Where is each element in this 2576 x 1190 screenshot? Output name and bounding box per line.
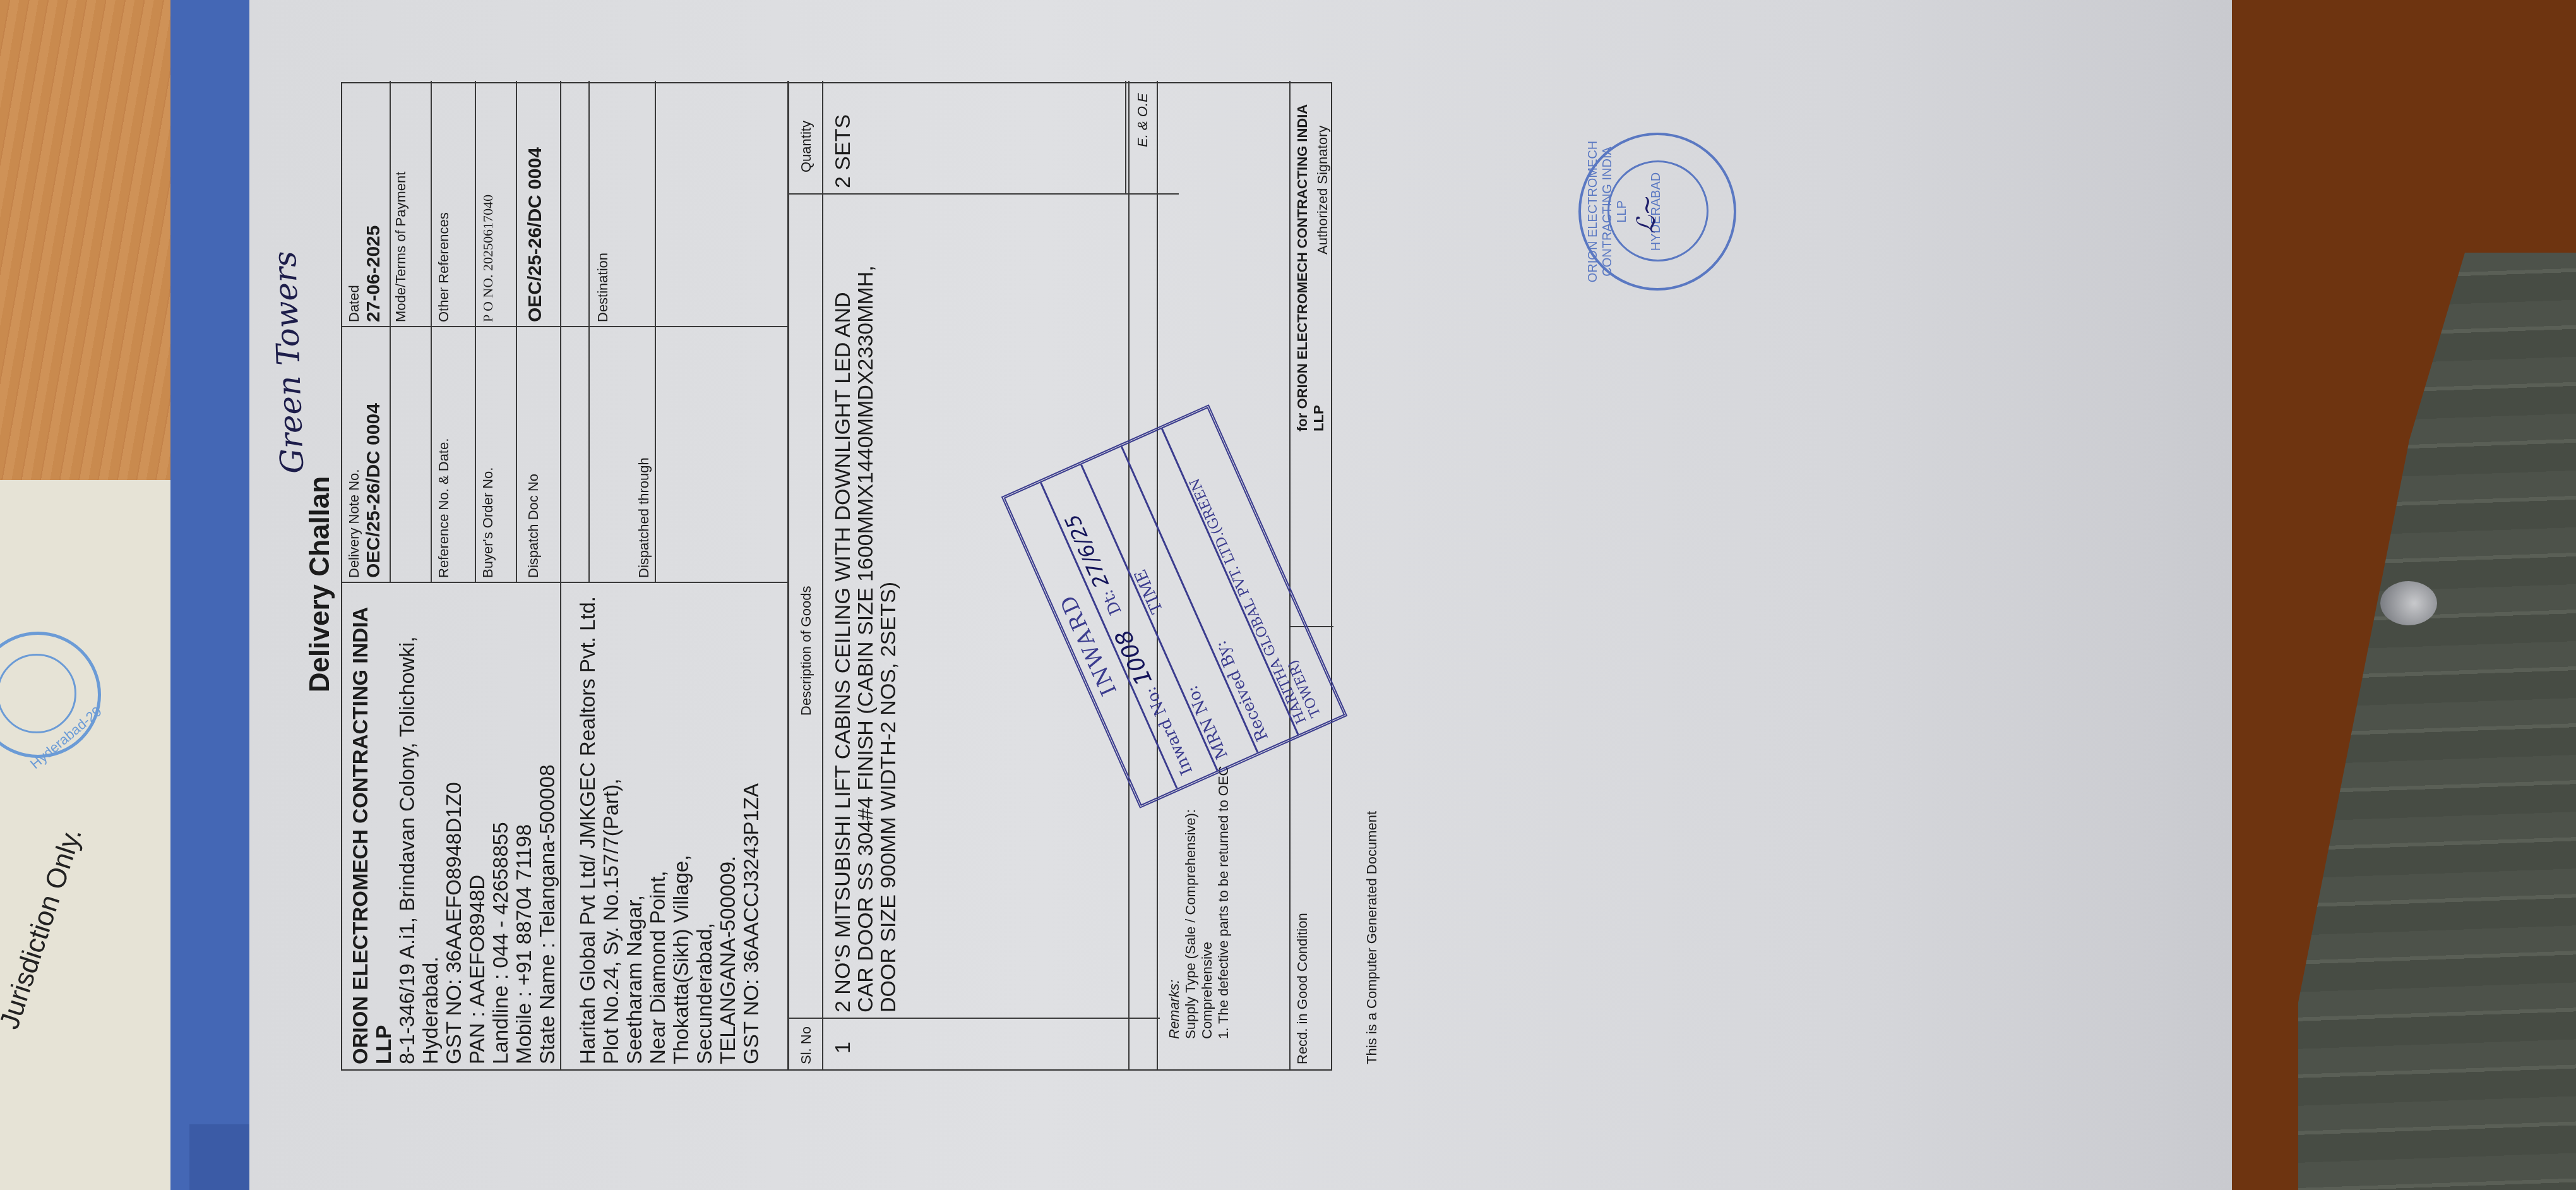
- dispatch-doc-value: OEC/25-26/DC 0004: [525, 147, 546, 322]
- consignee-line: Thokatta(Sikh) Village,: [669, 584, 693, 1064]
- delivery-note-value: OEC/25-26/DC 0004: [364, 403, 384, 578]
- dispatched-through-label: Dispatched through: [636, 457, 652, 578]
- mode-terms-label: Mode/Terms of Payment: [393, 172, 409, 322]
- row-sl-no: 1: [832, 1042, 854, 1054]
- consignee-line: Seetharam Nagar,: [623, 584, 646, 1064]
- description-line: CAR DOOR SS 304#4 FINISH (CABIN SIZE 160…: [854, 198, 877, 1013]
- destination-label: Destination: [595, 253, 611, 322]
- eoe-note: E. & O.E: [1135, 93, 1151, 147]
- po-number: P O NO. 20250617040: [480, 195, 496, 322]
- document-title: Delivery Challan: [304, 82, 336, 1086]
- col-header-sl-no: Sl. No: [798, 1026, 814, 1064]
- col-header-quantity: Quantity: [798, 121, 814, 172]
- authorized-signatory: Authorized Signatory: [1315, 126, 1331, 255]
- seller-block: ORION ELECTROMECH CONTRACTING INDIA LLP …: [349, 584, 559, 1064]
- consignee-block: Haritah Global Pvt Ltd/ JMKGEC Realtors …: [576, 584, 763, 1064]
- wooden-desk: [0, 0, 170, 505]
- reference-label: Reference No. & Date.: [436, 438, 452, 578]
- row-quantity: 2 SETS: [832, 114, 854, 188]
- remarks-block: Remarks: Supply Type (Sale / Comprehensi…: [1166, 766, 1232, 1039]
- stamp-date-label: Dt:: [1098, 587, 1126, 618]
- blue-folder: [170, 0, 259, 1190]
- dated-label: Dated: [346, 285, 362, 322]
- row-description: 2 NO'S MITSUBISHI LIFT CABINS CEILING WI…: [832, 198, 900, 1013]
- fabric-button: [2380, 581, 2437, 625]
- remarks-line: Supply Type (Sale / Comprehensive):: [1183, 766, 1199, 1039]
- seller-address-line: Hyderabad.: [419, 584, 442, 1064]
- dated-value: 27-06-2025: [364, 225, 384, 322]
- consignee-line: Near Diamond Point,: [646, 584, 669, 1064]
- description-line: 2 NO'S MITSUBISHI LIFT CABINS CEILING WI…: [832, 198, 854, 1013]
- seller-mobile: Mobile : +91 88704 71198: [512, 584, 535, 1064]
- underlying-paper: [0, 480, 189, 1190]
- seller-state: State Name : Telangana-500008: [535, 584, 559, 1064]
- signature: ℒ~: [1632, 195, 1661, 234]
- delivery-note-label: Delivery Note No.: [346, 469, 362, 578]
- remarks-line: 1. The defective parts to be returned to…: [1215, 766, 1232, 1039]
- remarks-line: Comprehensive: [1199, 766, 1215, 1039]
- remarks-label: Remarks:: [1166, 766, 1183, 1039]
- consignee-line: Plot No.24, Sy. No.157/7(Part),: [599, 584, 623, 1064]
- other-references-label: Other References: [436, 212, 452, 322]
- buyers-order-label: Buyer's Order No.: [480, 467, 496, 578]
- consignee-line: Haritah Global Pvt Ltd/ JMKGEC Realtors …: [576, 584, 599, 1064]
- seller-address-line: 8-1-346/19 A.i1, Brindavan Colony, Tolic…: [395, 584, 419, 1064]
- consignee-line: TELANGANA-500009.: [716, 584, 739, 1064]
- consignee-line: Secunderabad,: [693, 584, 716, 1064]
- received-label: Recd. in Good Condition: [1294, 913, 1311, 1064]
- description-line: DOOR SIZE 900MM WIDTH-2 NOS, 2SETS): [877, 198, 900, 1013]
- dispatch-doc-label: Dispatch Doc No: [525, 474, 542, 578]
- seller-landline: Landline : 044 - 42658855: [489, 584, 512, 1064]
- seller-gst: GST NO: 36AAEFO8948D1Z0: [442, 584, 465, 1064]
- seller-name: ORION ELECTROMECH CONTRACTING INDIA LLP: [349, 584, 395, 1064]
- consignee-gst: GST NO: 36AACCJ3243P1ZA: [739, 584, 763, 1064]
- delivery-challan-document: Green Towers Delivery Challan ORION ELEC…: [341, 82, 1806, 1086]
- seller-pan: PAN : AAEFO8948D: [465, 584, 489, 1064]
- col-header-description: Description of Goods: [798, 586, 814, 716]
- seal-text: ORION ELECTROMECH CONTRACTING INDIA LLP: [1586, 135, 1630, 288]
- computer-generated-note: This is a Computer Generated Document: [1364, 811, 1380, 1064]
